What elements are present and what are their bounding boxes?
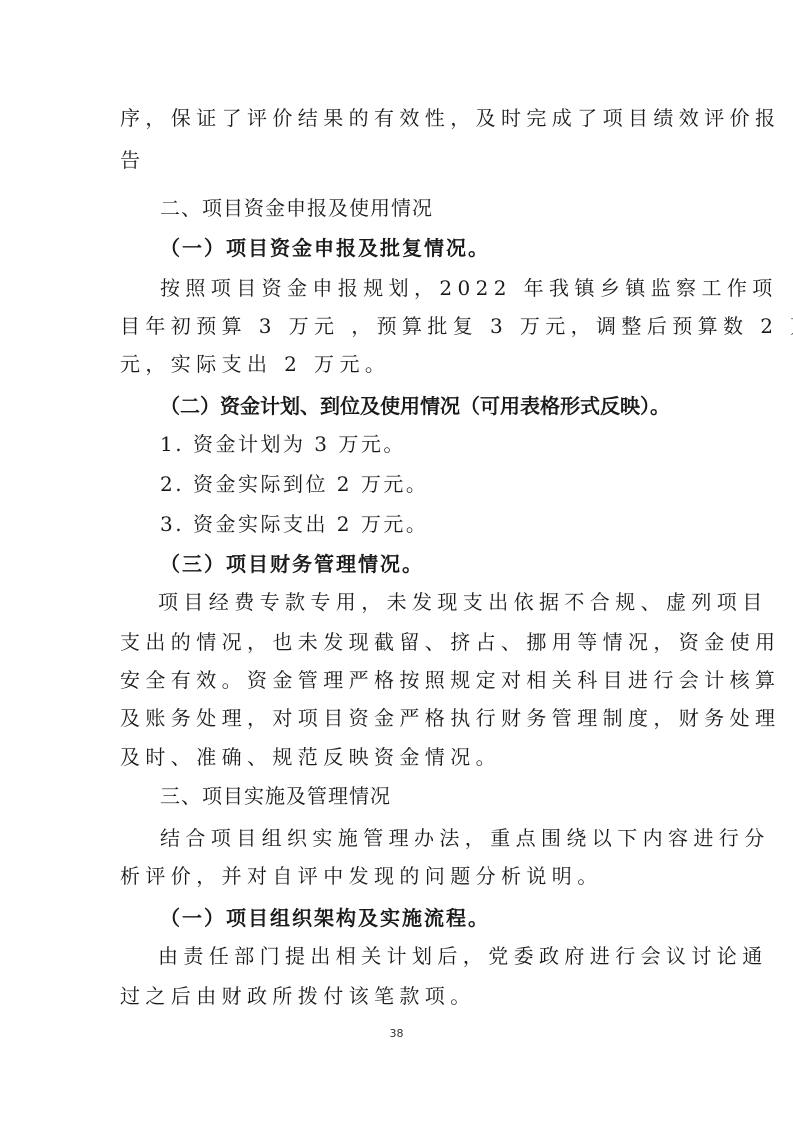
paragraph-line: 序，保证了评价结果的有效性，及时完成了项目绩效评价报 bbox=[120, 106, 680, 130]
paragraph-line: 及时、准确、规范反映资金情况。 bbox=[120, 745, 680, 769]
paragraph-line: 支出的情况，也未发现截留、挤占、挪用等情况，资金使用 bbox=[120, 630, 680, 654]
section-heading-2: 二、项目资金申报及使用情况 bbox=[160, 196, 680, 220]
document-page: 序，保证了评价结果的有效性，及时完成了项目绩效评价报 告 二、项目资金申报及使用… bbox=[0, 0, 793, 1122]
list-item: 1. 资金计划为 3 万元。 bbox=[160, 432, 680, 456]
paragraph-line: 元，实际支出 2 万元。 bbox=[120, 352, 680, 376]
page-number: 38 bbox=[0, 1027, 793, 1040]
section-heading-3: 三、项目实施及管理情况 bbox=[160, 784, 680, 808]
paragraph-line: 安全有效。资金管理严格按照规定对相关科目进行会计核算 bbox=[120, 668, 680, 692]
subsection-heading-3-1: （一）项目组织架构及实施流程。 bbox=[160, 906, 680, 930]
paragraph-line: 由责任部门提出相关计划后，党委政府进行会议讨论通 bbox=[158, 944, 718, 968]
subsection-heading-2-2: （二）资金计划、到位及使用情况（可用表格形式反映）。 bbox=[160, 394, 680, 418]
list-item: 3. 资金实际支出 2 万元。 bbox=[160, 512, 680, 536]
paragraph-line: 按照项目资金申报规划，2022 年我镇乡镇监察工作项 bbox=[160, 276, 680, 300]
paragraph-line: 目年初预算 3 万元 ，预算批复 3 万元，调整后预算数 2 万 bbox=[120, 314, 680, 338]
paragraph-line: 析评价，并对自评中发现的问题分析说明。 bbox=[120, 864, 680, 888]
paragraph-line: 告 bbox=[120, 148, 680, 172]
list-item: 2. 资金实际到位 2 万元。 bbox=[160, 472, 680, 496]
subsection-heading-2-1: （一）项目资金申报及批复情况。 bbox=[160, 236, 680, 260]
paragraph-line: 及账务处理，对项目资金严格执行财务管理制度，财务处理 bbox=[120, 706, 680, 730]
paragraph-line: 过之后由财政所拨付该笔款项。 bbox=[120, 984, 680, 1008]
paragraph-line: 项目经费专款专用，未发现支出依据不合规、虚列项目 bbox=[158, 590, 718, 614]
paragraph-line: 结合项目组织实施管理办法，重点围绕以下内容进行分 bbox=[160, 826, 680, 850]
subsection-heading-2-3: （三）项目财务管理情况。 bbox=[160, 552, 680, 576]
